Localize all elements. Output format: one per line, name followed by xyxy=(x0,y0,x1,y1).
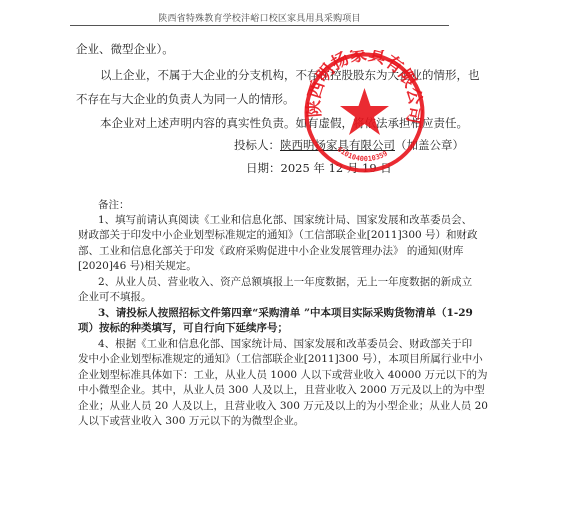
note-4-line-5: 企业；从业人员 20 人及以上，且营业收入 300 万元及以上的为小型企业；从业… xyxy=(78,399,488,415)
note-1-line-1: 1、填写前请认真阅读《工业和信息化部、国家统计局、国家发展和改革委员会、 xyxy=(98,213,472,229)
svg-text:6101040010359: 6101040010359 xyxy=(336,145,389,163)
page-header-title: 陕西省特殊教育学校沣峪口校区家具用具采购项目 xyxy=(70,11,449,24)
notes-heading: 备注： xyxy=(98,198,130,214)
date-label: 日期： xyxy=(246,161,281,175)
note-3-line-2: 项）按标的种类填写，可自行向下延续序号； xyxy=(78,321,288,337)
company-seal-stamp-icon: 陕西明扬家具有限公司 6101040010359 xyxy=(302,50,427,175)
note-4-line-3: 企业划型标准具体如下：工业，从业人员 1000 人以下或营业收入 40000 万… xyxy=(78,368,487,384)
declaration-para2-line2: 不存在与大企业的负责人为同一人的情形。 xyxy=(76,88,295,110)
note-1-line-3: 部、工业和信息化部关于印发《政府采购促进中小企业发展管理办法》 的通知(财库 xyxy=(78,244,463,260)
declaration-line-1: 企业、微型企业）。 xyxy=(76,38,174,60)
note-2-line-2: 企业可不填报。 xyxy=(78,290,152,306)
bidder-label: 投标人： xyxy=(234,138,280,152)
note-4-line-2: 发中小企业划型标准规定的通知》（工信部联企业[2011]300 号），本项目所属… xyxy=(78,352,483,368)
header-divider xyxy=(70,25,449,26)
note-1-line-2: 财政部关于印发中小企业划型标准规定的通知》（工信部联企业[2011]300 号）… xyxy=(78,228,478,244)
note-2-line-1: 2、从业人员、营业收入、资产总额填报上一年度数据，无上一年度数据的新成立 xyxy=(98,275,472,291)
note-4-line-4: 中小微型企业。其中，从业人员 300 人及以上，且营业收入 2000 万元及以上… xyxy=(78,383,485,399)
note-3-line-1: 3、请投标人按照招标文件第四章“采购清单 ”中本项目实际采购货物清单（1-29 xyxy=(98,306,473,322)
note-4-line-6: 人以下或营业收入 300 万元以下的为微型企业。 xyxy=(78,414,304,430)
note-1-line-4: [2020]46 号)相关规定。 xyxy=(78,259,197,275)
note-4-line-1: 4、根据《工业和信息化部、国家统计局、国家发展和改革委员会、财政部关于印 xyxy=(98,337,472,353)
